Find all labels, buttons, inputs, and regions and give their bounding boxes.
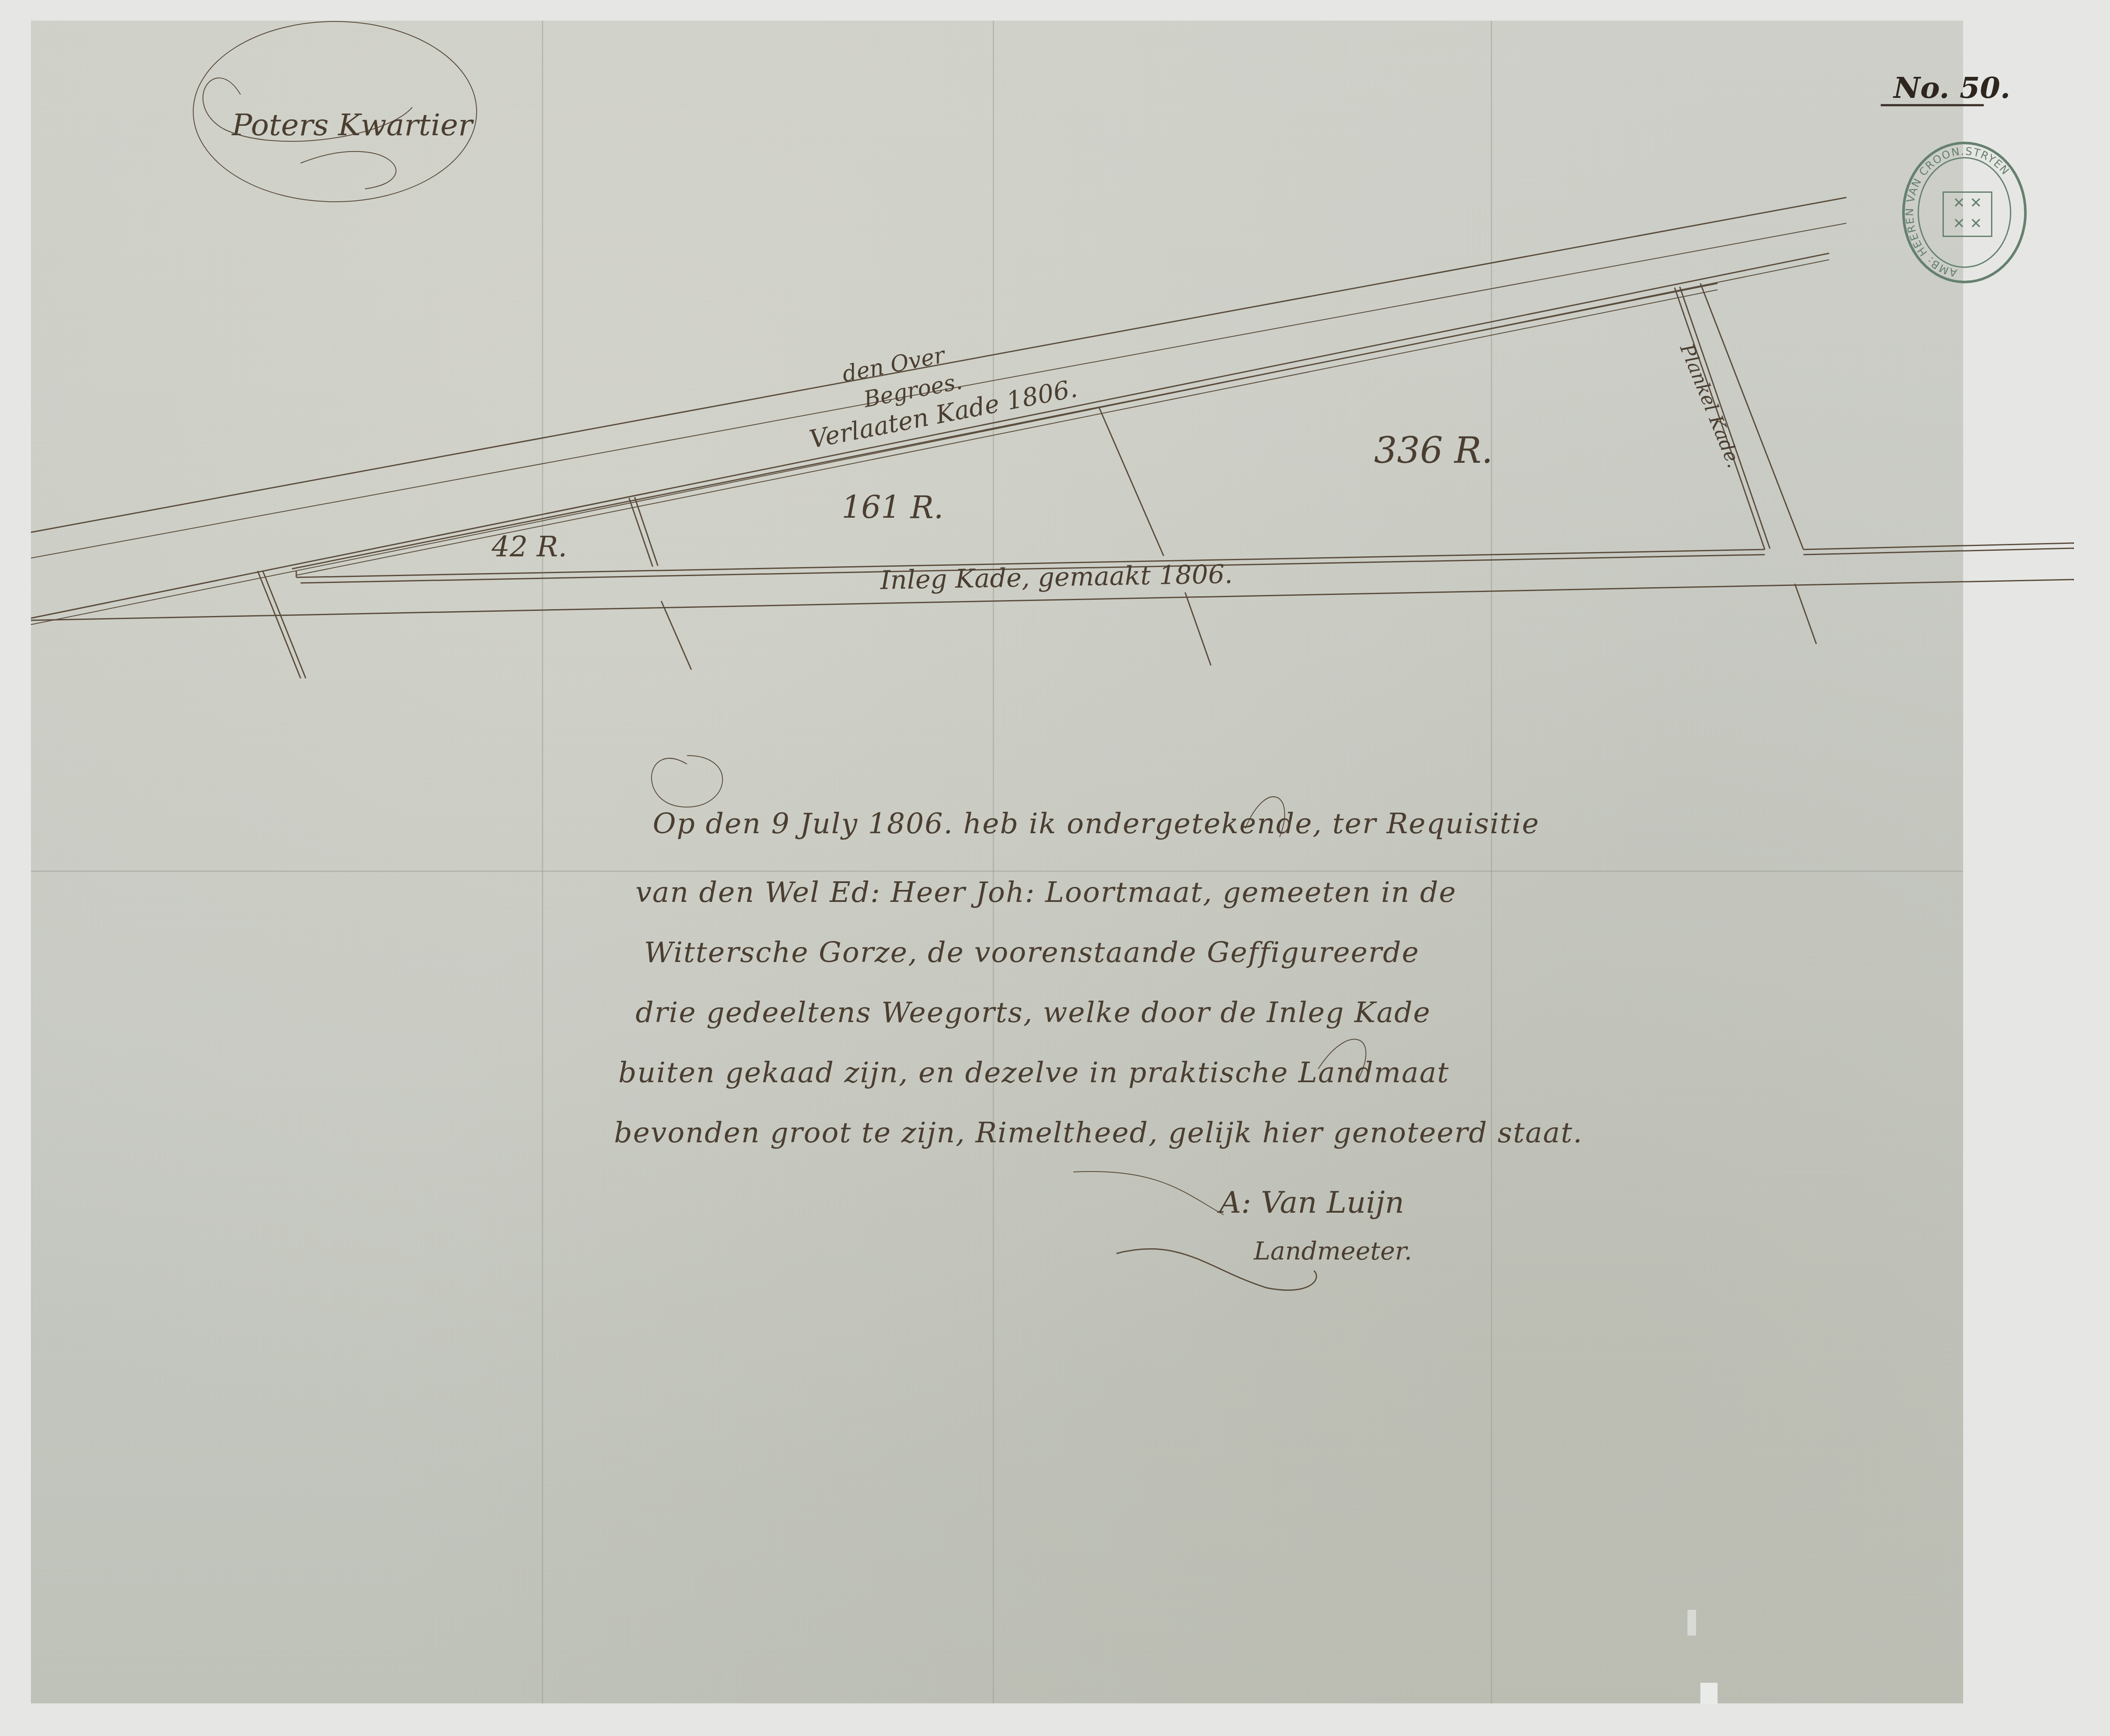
paper-tear bbox=[1687, 1610, 1696, 1636]
signature-name: A: Van Luijn bbox=[1219, 1185, 1404, 1220]
survey-map-drawing bbox=[0, 0, 2110, 1736]
map-label-inleg-kade: Inleg Kade, gemaakt 1806. bbox=[880, 559, 1233, 595]
certification-line: Op den 9 July 1806. heb ik ondergetekend… bbox=[653, 807, 1539, 840]
parcel-label: 161 R. bbox=[842, 489, 943, 525]
document-number: No. 50. bbox=[1894, 71, 2010, 105]
document-title: Poters Kwartier bbox=[232, 107, 472, 143]
paper-tear bbox=[1700, 1683, 1718, 1704]
certification-line: van den Wel Ed: Heer Joh: Loortmaat, gem… bbox=[635, 876, 1456, 909]
parcel-label: 336 R. bbox=[1374, 429, 1493, 471]
certification-line: drie gedeeltens Weegorts, welke door de … bbox=[635, 996, 1431, 1029]
coat-of-arms-icon: ✕ ✕✕ ✕ bbox=[1943, 191, 1992, 237]
official-stamp: AMB: HEEREN VAN CROON.STRYEN ✕ ✕✕ ✕ bbox=[1902, 142, 2027, 283]
parcel-label: 42 R. bbox=[492, 530, 567, 563]
certification-line: bevonden groot te zijn, Rimeltheed, geli… bbox=[614, 1116, 1583, 1149]
signature-title: Landmeeter. bbox=[1254, 1236, 1412, 1266]
certification-line: Wittersche Gorze, de voorenstaande Geffi… bbox=[644, 936, 1420, 969]
certification-line: buiten gekaad zijn, en dezelve in prakti… bbox=[618, 1056, 1450, 1089]
